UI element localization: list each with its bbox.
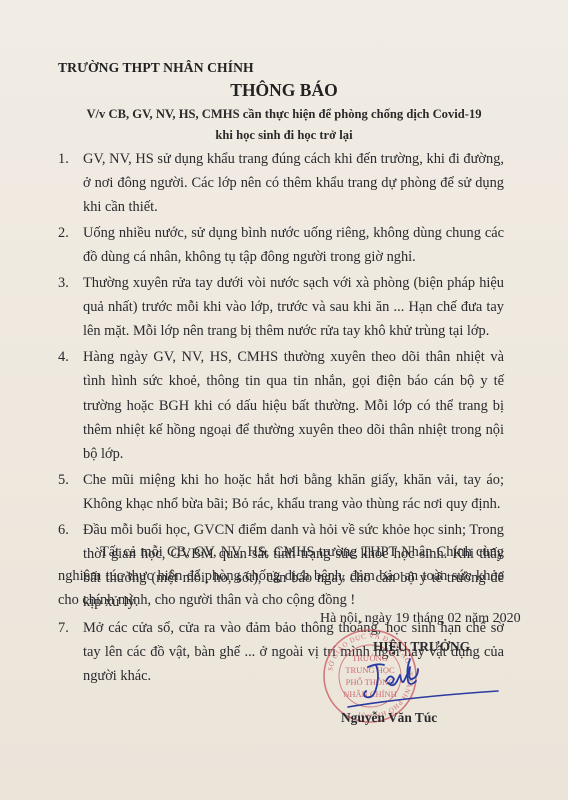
document-page: TRƯỜNG THPT NHÂN CHÍNH THÔNG BÁO V/v CB,…	[0, 0, 568, 800]
signer-name: Nguyễn Văn Túc	[341, 710, 437, 726]
subtitle-line-2: khi học sinh đi học trở lại	[0, 125, 568, 146]
item-number: 5.	[58, 468, 69, 492]
list-item: 1.GV, NV, HS sử dụng khẩu trang đúng các…	[58, 147, 504, 220]
subtitle-line-1: V/v CB, GV, NV, HS, CMHS cần thực hiện đ…	[0, 104, 568, 125]
item-text: Thường xuyên rửa tay dưới vòi nước sạch …	[83, 275, 504, 339]
item-text: GV, NV, HS sử dụng khẩu trang đúng cách …	[83, 151, 504, 215]
item-number: 4.	[58, 345, 69, 369]
document-title: THÔNG BÁO	[0, 80, 568, 101]
item-number: 3.	[58, 271, 69, 295]
item-text: Hàng ngày GV, NV, HS, CMHS thường xuyên …	[83, 349, 504, 462]
item-number: 7.	[58, 616, 69, 640]
item-number: 1.	[58, 147, 69, 171]
document-subtitle: V/v CB, GV, NV, HS, CMHS cần thực hiện đ…	[0, 104, 568, 146]
item-text: Uống nhiều nước, sử dụng bình nước uống …	[83, 225, 504, 265]
list-item: 3.Thường xuyên rửa tay dưới vòi nước sạc…	[58, 271, 504, 344]
list-item: 4.Hàng ngày GV, NV, HS, CMHS thường xuyê…	[58, 345, 504, 466]
item-number: 6.	[58, 518, 69, 542]
closing-paragraph: Tất cả mỗi CB, GV, NV, HS, CMHS trường T…	[58, 540, 504, 613]
date-line: Hà nội, ngày 19 tháng 02 năm 2020	[320, 611, 521, 627]
list-item: 2.Uống nhiều nước, sử dụng bình nước uốn…	[58, 221, 504, 269]
school-name: TRƯỜNG THPT NHÂN CHÍNH	[58, 60, 254, 76]
item-text: Che mũi miệng khi ho hoặc hắt hơi bằng k…	[83, 472, 504, 512]
list-item: 5.Che mũi miệng khi ho hoặc hắt hơi bằng…	[58, 468, 504, 516]
item-number: 2.	[58, 221, 69, 245]
